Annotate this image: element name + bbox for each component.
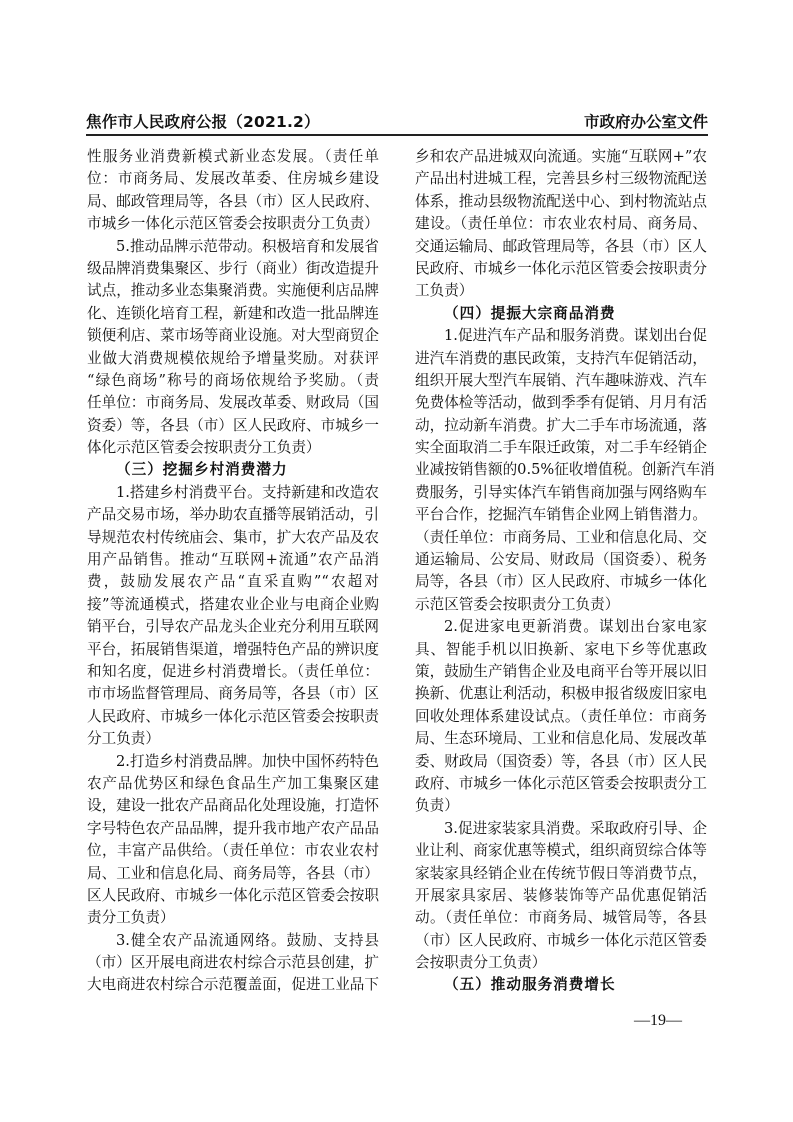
text-line: 费，鼓励发展农产品“直采直购”“农超对 <box>87 571 379 593</box>
text-line: 设，建设一批农产品商品化处理设施，打造怀 <box>87 795 379 817</box>
text-line: 位：市商务局、发展改革委、住房城乡建设 <box>87 168 379 190</box>
page-number: —19— <box>634 1012 682 1030</box>
text-line: 业让利、商家优惠等模式，组织商贸综合体等 <box>415 840 707 862</box>
text-line: 责分工负责） <box>87 907 379 929</box>
text-line: “绿色商场”称号的商场依规给予奖励。（责 <box>87 370 379 392</box>
header-rule <box>86 134 708 136</box>
text-line: 分工负责） <box>87 728 379 750</box>
text-line: 农产品优势区和绿色食品生产加工集聚区建 <box>87 773 379 795</box>
text-line: 试点，推动多业态集聚消费。实施便利店品牌 <box>87 280 379 302</box>
text-line: 动，拉动新车消费。扩大二手车市场流通，落 <box>415 415 707 437</box>
text-line: 回收处理体系建设试点。（责任单位：市商务 <box>415 706 707 728</box>
text-line: 人民政府、市城乡一体化示范区管委会按职责 <box>87 706 379 728</box>
left-column: 性服务业消费新模式新业态发展。（责任单位：市商务局、发展改革委、住房城乡建设局、… <box>87 146 379 997</box>
text-line: 实全面取消二手车限迁政策，对二手车经销企 <box>415 437 707 459</box>
text-line: 2.促进家电更新消费。谋划出台家电家 <box>415 616 707 638</box>
text-line: 和知名度，促进乡村消费增长。（责任单位： <box>87 661 379 683</box>
text-line: 市城乡一体化示范区管委会按职责分工负责） <box>87 213 379 235</box>
text-line: 民政府、市城乡一体化示范区管委会按职责分 <box>415 258 707 280</box>
text-line: 市市场监督管理局、商务局等，各县（市）区 <box>87 683 379 705</box>
text-line: 接”等流通模式，搭建农业企业与电商企业购 <box>87 594 379 616</box>
text-line: 局、生态环境局、工业和信息化局、发展改革 <box>415 728 707 750</box>
text-line: 免费体检等活动，做到季季有促销、月月有活 <box>415 392 707 414</box>
text-line: 2.打造乡村消费品牌。加快中国怀药特色 <box>87 751 379 773</box>
text-line: 区人民政府、市城乡一体化示范区管委会按职 <box>87 885 379 907</box>
section-heading: （三）挖掘乡村消费潜力 <box>87 459 379 481</box>
text-line: 用产品销售。推动“互联网+流通”农产品消 <box>87 549 379 571</box>
text-line: 工负责） <box>415 280 707 302</box>
section-heading: （五）推动服务消费增长 <box>415 974 707 996</box>
text-line: 体化示范区管委会按职责分工负责） <box>87 437 379 459</box>
text-line: 政府、市城乡一体化示范区管委会按职责分工 <box>415 773 707 795</box>
text-line: 销平台，引导农产品龙头企业充分利用互联网 <box>87 616 379 638</box>
text-line: （市）区人民政府、市城乡一体化示范区管委 <box>415 930 707 952</box>
text-line: 示范区管委会按职责分工负责） <box>415 594 707 616</box>
text-line: 产品交易市场，举办助农直播等展销活动，引 <box>87 504 379 526</box>
text-line: 动。（责任单位：市商务局、城管局等，各县 <box>415 907 707 929</box>
text-line: 体系，推动县级物流配送中心、到村物流站点 <box>415 191 707 213</box>
publication-title: 焦作市人民政府公报（2021.2） <box>86 110 320 132</box>
text-line: 3.健全农产品流通网络。鼓励、支持县 <box>87 930 379 952</box>
text-line: 局、工业和信息化局、商务局等，各县（市） <box>87 863 379 885</box>
right-column: 乡和农产品进城双向流通。实施“互联网+”农产品出村进城工程，完善县乡村三级物流配… <box>415 146 707 997</box>
text-line: 5.推动品牌示范带动。积极培育和发展省 <box>87 236 379 258</box>
text-line: 字号特色农产品品牌，提升我市地产农产品品 <box>87 818 379 840</box>
text-line: 性服务业消费新模式新业态发展。（责任单 <box>87 146 379 168</box>
text-line: 具、智能手机以旧换新、家电下乡等优惠政 <box>415 639 707 661</box>
text-line: 局、邮政管理局等，各县（市）区人民政府、 <box>87 191 379 213</box>
text-line: 建设。（责任单位：市农业农村局、商务局、 <box>415 213 707 235</box>
text-line: 级品牌消费集聚区、步行（商业）街改造提升 <box>87 258 379 280</box>
text-line: 通运输局、公安局、财政局（国资委）、税务 <box>415 549 707 571</box>
text-line: 策，鼓励生产销售企业及电商平台等开展以旧 <box>415 661 707 683</box>
text-line: 交通运输局、邮政管理局等，各县（市）区人 <box>415 236 707 258</box>
text-line: 任单位：市商务局、发展改革委、财政局（国 <box>87 392 379 414</box>
text-line: 平台，拓展销售渠道，增强特色产品的辨识度 <box>87 639 379 661</box>
text-line: 导规范农村传统庙会、集市，扩大农产品及农 <box>87 527 379 549</box>
text-line: 化、连锁化培育工程，新建和改造一批品牌连 <box>87 303 379 325</box>
text-line: 家装家具经销企业在传统节假日等消费节点， <box>415 863 707 885</box>
text-line: 产品出村进城工程，完善县乡村三级物流配送 <box>415 168 707 190</box>
text-line: 费服务，引导实体汽车销售商加强与网络购车 <box>415 482 707 504</box>
text-line: 开展家具家居、装修装饰等产品优惠促销活 <box>415 885 707 907</box>
text-line: 进汽车消费的惠民政策，支持汽车促销活动， <box>415 348 707 370</box>
text-line: （责任单位：市商务局、工业和信息化局、交 <box>415 527 707 549</box>
text-line: 业做大消费规模依规给予增量奖励。对获评 <box>87 348 379 370</box>
text-line: 局等，各县（市）区人民政府、市城乡一体化 <box>415 571 707 593</box>
text-line: 委、财政局（国资委）等，各县（市）区人民 <box>415 751 707 773</box>
section-heading: （四）提振大宗商品消费 <box>415 303 707 325</box>
running-header: 焦作市人民政府公报（2021.2） 市政府办公室文件 <box>86 106 708 134</box>
text-line: 乡和农产品进城双向流通。实施“互联网+”农 <box>415 146 707 168</box>
text-line: 资委）等，各县（市）区人民政府、市城乡一 <box>87 415 379 437</box>
text-line: 锁便利店、菜市场等商业设施。对大型商贸企 <box>87 325 379 347</box>
text-line: 位，丰富产品供给。（责任单位：市农业农村 <box>87 840 379 862</box>
text-line: 负责） <box>415 795 707 817</box>
text-line: （市）区开展电商进农村综合示范县创建，扩 <box>87 952 379 974</box>
text-line: 组织开展大型汽车展销、汽车趣味游戏、汽车 <box>415 370 707 392</box>
text-line: 大电商进农村综合示范覆盖面，促进工业品下 <box>87 974 379 996</box>
text-line: 平台合作，挖掘汽车销售企业网上销售潜力。 <box>415 504 707 526</box>
text-line: 3.促进家装家具消费。采取政府引导、企 <box>415 818 707 840</box>
text-line: 业减按销售额的0.5%征收增值税。创新汽车消 <box>415 459 707 481</box>
section-title: 市政府办公室文件 <box>584 110 708 132</box>
text-line: 会按职责分工负责） <box>415 952 707 974</box>
text-line: 换新、优惠让利活动，积极申报省级废旧家电 <box>415 683 707 705</box>
text-line: 1.促进汽车产品和服务消费。谋划出台促 <box>415 325 707 347</box>
text-line: 1.搭建乡村消费平台。支持新建和改造农 <box>87 482 379 504</box>
